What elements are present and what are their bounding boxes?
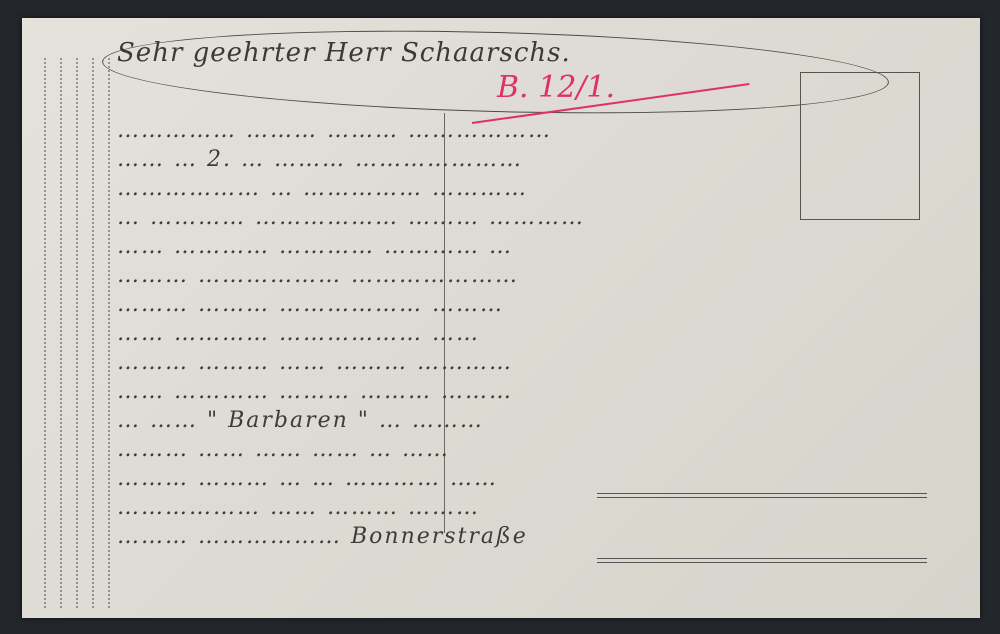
text-line: … ………… ……………… ……… ………… <box>117 205 957 234</box>
text-line: ……………… … …………… ………… <box>117 176 957 205</box>
handwritten-body: …………… ……… ……… ……………… …… … 2. … ……… ……………… <box>117 118 957 553</box>
text-line: ……… ……… … … ………… …… <box>117 466 957 495</box>
text-line: ……… ……… ……………… ……… <box>117 292 957 321</box>
text-line: … …… " Barbaren " … ……… <box>117 408 957 437</box>
text-line: …………… ……… ……… ……………… <box>117 118 957 147</box>
postcard: Sehr geehrter Herr Schaarschs. B. 12/1. … <box>22 18 980 618</box>
salutation: Sehr geehrter Herr Schaarschs. <box>117 38 571 68</box>
text-line: …… ………… ……………… …… <box>117 321 957 350</box>
salutation-ellipse <box>101 22 890 123</box>
text-line: ……… ……… …… ……… ………… <box>117 350 957 379</box>
text-line: …… … 2. … ……… ………………… <box>117 147 957 176</box>
text-line: …… ………… ……… ……… ……… <box>117 379 957 408</box>
underline-double <box>597 493 927 498</box>
red-annotation: B. 12/1. <box>497 70 615 105</box>
text-line: ……………… …… ……… ……… <box>117 495 957 524</box>
text-line: ……… …… …… …… … …… <box>117 437 957 466</box>
margin-writing <box>36 58 126 608</box>
text-line: ……… ……………… ………………… <box>117 263 957 292</box>
underline-double <box>597 558 927 563</box>
text-line: ……… ……………… Bonnerstraße <box>117 524 957 553</box>
text-line: …… ………… ………… ………… … <box>117 234 957 263</box>
